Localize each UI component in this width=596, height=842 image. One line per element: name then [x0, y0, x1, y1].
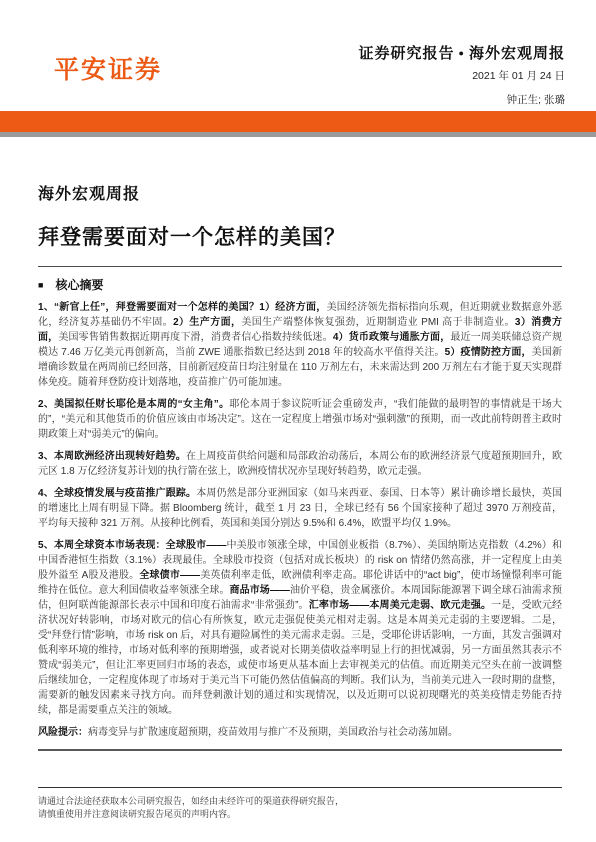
summary-paragraph: 2、美国拟任财长耶伦是本周的“女主角”。耶伦本周于参议院听证会重磅发声，“我们能… — [38, 397, 562, 442]
square-bullet-icon: ■ — [38, 280, 43, 290]
report-authors: 钟正生; 张璐 — [359, 92, 565, 107]
report-type-label: 证券研究报告 — [359, 45, 455, 62]
footer-disclaimer-line2: 请慎重使用并注意阅读研究报告尾页的声明内容。 — [38, 808, 562, 821]
footer-disclaimer-line1: 请通过合法途径获取本公司研究报告，如经由未经许可的渠道获得研究报告， — [38, 795, 562, 808]
report-series-label: 海外宏观周报 — [469, 45, 565, 62]
report-content: 海外宏观周报 拜登需要面对一个怎样的美国？ ■ 核心摘要 1、“新官上任”，拜登… — [38, 181, 562, 751]
doc-main-title: 拜登需要面对一个怎样的美国？ — [38, 221, 562, 251]
brand-orange-bar — [0, 111, 596, 132]
summary-paragraph: 3、本周欧洲经济出现转好趋势。在上周疫苗供给问题和局部政治动荡后，本周公布的欧洲… — [38, 449, 562, 479]
summary-paragraphs: 1、“新官上任”，拜登需要面对一个怎样的美国？1）经济方面，美国经济领先指标指向… — [38, 300, 562, 740]
gray-accent-bar — [0, 132, 596, 137]
summary-end-rule — [38, 749, 562, 751]
summary-paragraph: 风险提示：病毒变异与扩散速度超预期，疫苗效用与推广不及预期，美国政治与社会动荡加… — [38, 725, 562, 740]
core-summary-heading: ■ 核心摘要 — [38, 276, 562, 293]
report-date: 2021 年 01 月 24 日 — [359, 68, 565, 83]
summary-paragraph: 4、全球疫情发展与疫苗推广跟踪。本周仍然是部分亚洲国家（如马来西亚、泰国、日本等… — [38, 486, 562, 531]
section-divider-line — [38, 266, 562, 267]
summary-paragraph: 5、本周全球资本市场表现：全球股市——中美股市领涨全球，中国创业板指（8.7%）… — [38, 538, 562, 718]
pingan-securities-logo: 平安证券 — [54, 50, 162, 86]
separator-dot-icon: ● — [455, 48, 469, 58]
footer-rule — [38, 787, 562, 788]
report-header-meta: 证券研究报告●海外宏观周报 2021 年 01 月 24 日 钟正生; 张璐 — [359, 42, 565, 107]
summary-paragraph: 1、“新官上任”，拜登需要面对一个怎样的美国？1）经济方面，美国经济领先指标指向… — [38, 300, 562, 390]
footer-disclaimer: 请通过合法途径获取本公司研究报告，如经由未经许可的渠道获得研究报告， 请慎重使用… — [38, 795, 562, 821]
core-summary-label: 核心摘要 — [55, 276, 103, 293]
doc-category-title: 海外宏观周报 — [38, 181, 562, 204]
report-footer: 请通过合法途径获取本公司研究报告，如经由未经许可的渠道获得研究报告， 请慎重使用… — [38, 787, 562, 821]
report-page: 平安证券 证券研究报告●海外宏观周报 2021 年 01 月 24 日 钟正生;… — [0, 0, 596, 842]
report-type-line: 证券研究报告●海外宏观周报 — [359, 42, 565, 63]
